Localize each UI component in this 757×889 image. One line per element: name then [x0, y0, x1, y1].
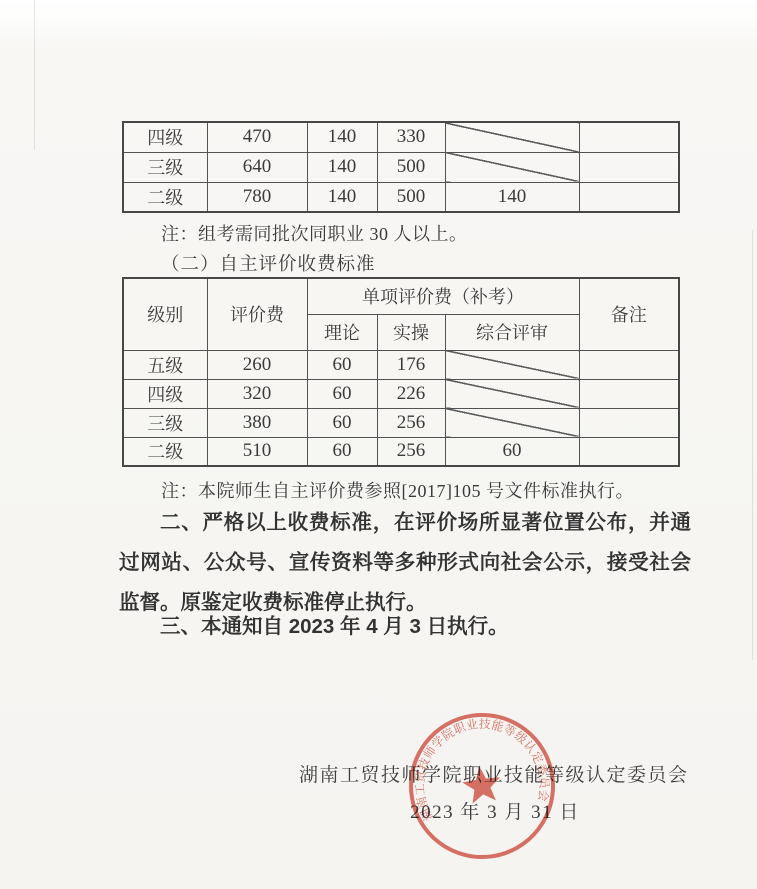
table-row: 四级 320 60 226: [123, 379, 679, 408]
col-header-group: 单项评价费（补考）: [307, 278, 579, 314]
theory-cell: 60: [307, 437, 377, 466]
remark-cell: [579, 408, 679, 437]
practical-cell: 330: [377, 122, 445, 152]
table1-note: 注：组考需同批次同职业 30 人以上。: [161, 220, 468, 246]
paper-edge-artifact-right: [752, 230, 753, 660]
table2-note: 注：本院师生自主评价费参照[2017]105 号文件标准执行。: [161, 477, 634, 503]
section-heading: （二）自主评价收费标准: [161, 250, 376, 276]
level-cell: 三级: [123, 408, 207, 437]
fee-cell: 470: [207, 122, 307, 152]
practical-cell: 256: [377, 437, 445, 466]
paper-edge-artifact-left: [34, 0, 35, 150]
seal-ring-text: 湖南工贸技师学院职业技能等级认定委员会: [403, 707, 555, 824]
review-cell: 140: [445, 182, 579, 212]
practical-cell: 226: [377, 379, 445, 408]
table-row: 二级 510 60 256 60: [123, 437, 679, 466]
col-header-practical: 实操: [377, 314, 445, 350]
practical-cell: 256: [377, 408, 445, 437]
theory-cell: 140: [307, 122, 377, 152]
fee-cell: 380: [207, 408, 307, 437]
level-cell: 四级: [123, 379, 207, 408]
header-row: 级别 评价费 单项评价费（补考） 备注: [123, 278, 679, 314]
level-cell: 五级: [123, 350, 207, 379]
slash-cell: [445, 379, 579, 408]
table-row: 二级 780 140 500 140: [123, 182, 679, 212]
fee-cell: 640: [207, 152, 307, 182]
practical-cell: 500: [377, 152, 445, 182]
level-cell: 二级: [123, 182, 207, 212]
table-row: 三级 640 140 500: [123, 152, 679, 182]
col-header-remark: 备注: [579, 278, 679, 350]
practical-cell: 500: [377, 182, 445, 212]
remark-cell: [579, 182, 679, 212]
slash-cell: [445, 122, 579, 152]
theory-cell: 140: [307, 182, 377, 212]
self-evaluation-fee-table: 级别 评价费 单项评价费（补考） 备注 理论 实操 综合评审 五级 260 60…: [122, 277, 680, 467]
level-cell: 二级: [123, 437, 207, 466]
col-header-level: 级别: [123, 278, 207, 350]
exam-fee-table-partial: 四级 470 140 330 三级 640 140 500 二级 780 140…: [122, 121, 680, 213]
level-cell: 三级: [123, 152, 207, 182]
paragraph-item2: 二、严格以上收费标准，在评价场所显著位置公布，并通过网站、公众号、宣传资料等多种…: [119, 503, 691, 623]
remark-cell: [579, 379, 679, 408]
theory-cell: 60: [307, 408, 377, 437]
theory-cell: 60: [307, 350, 377, 379]
col-header-fee: 评价费: [207, 278, 307, 350]
slash-cell: [445, 350, 579, 379]
remark-cell: [579, 122, 679, 152]
table-row: 五级 260 60 176: [123, 350, 679, 379]
table-row: 三级 380 60 256: [123, 408, 679, 437]
fee-cell: 510: [207, 437, 307, 466]
theory-cell: 140: [307, 152, 377, 182]
fee-cell: 260: [207, 350, 307, 379]
slash-cell: [445, 408, 579, 437]
fee-cell: 780: [207, 182, 307, 212]
level-cell: 四级: [123, 122, 207, 152]
paragraph-item3: 三、本通知自 2023 年 4 月 3 日执行。: [119, 613, 691, 641]
official-seal-stamp: 湖南工贸技师学院职业技能等级认定委员会: [392, 696, 573, 877]
remark-cell: [579, 152, 679, 182]
table-row: 四级 470 140 330: [123, 122, 679, 152]
slash-cell: [445, 152, 579, 182]
remark-cell: [579, 350, 679, 379]
seal-star-icon: [460, 764, 503, 805]
practical-cell: 176: [377, 350, 445, 379]
theory-cell: 60: [307, 379, 377, 408]
review-cell: 60: [445, 437, 579, 466]
scanned-document-page: 四级 470 140 330 三级 640 140 500 二级 780 140…: [0, 0, 757, 889]
col-header-review: 综合评审: [445, 314, 579, 350]
fee-cell: 320: [207, 379, 307, 408]
remark-cell: [579, 437, 679, 466]
col-header-theory: 理论: [307, 314, 377, 350]
